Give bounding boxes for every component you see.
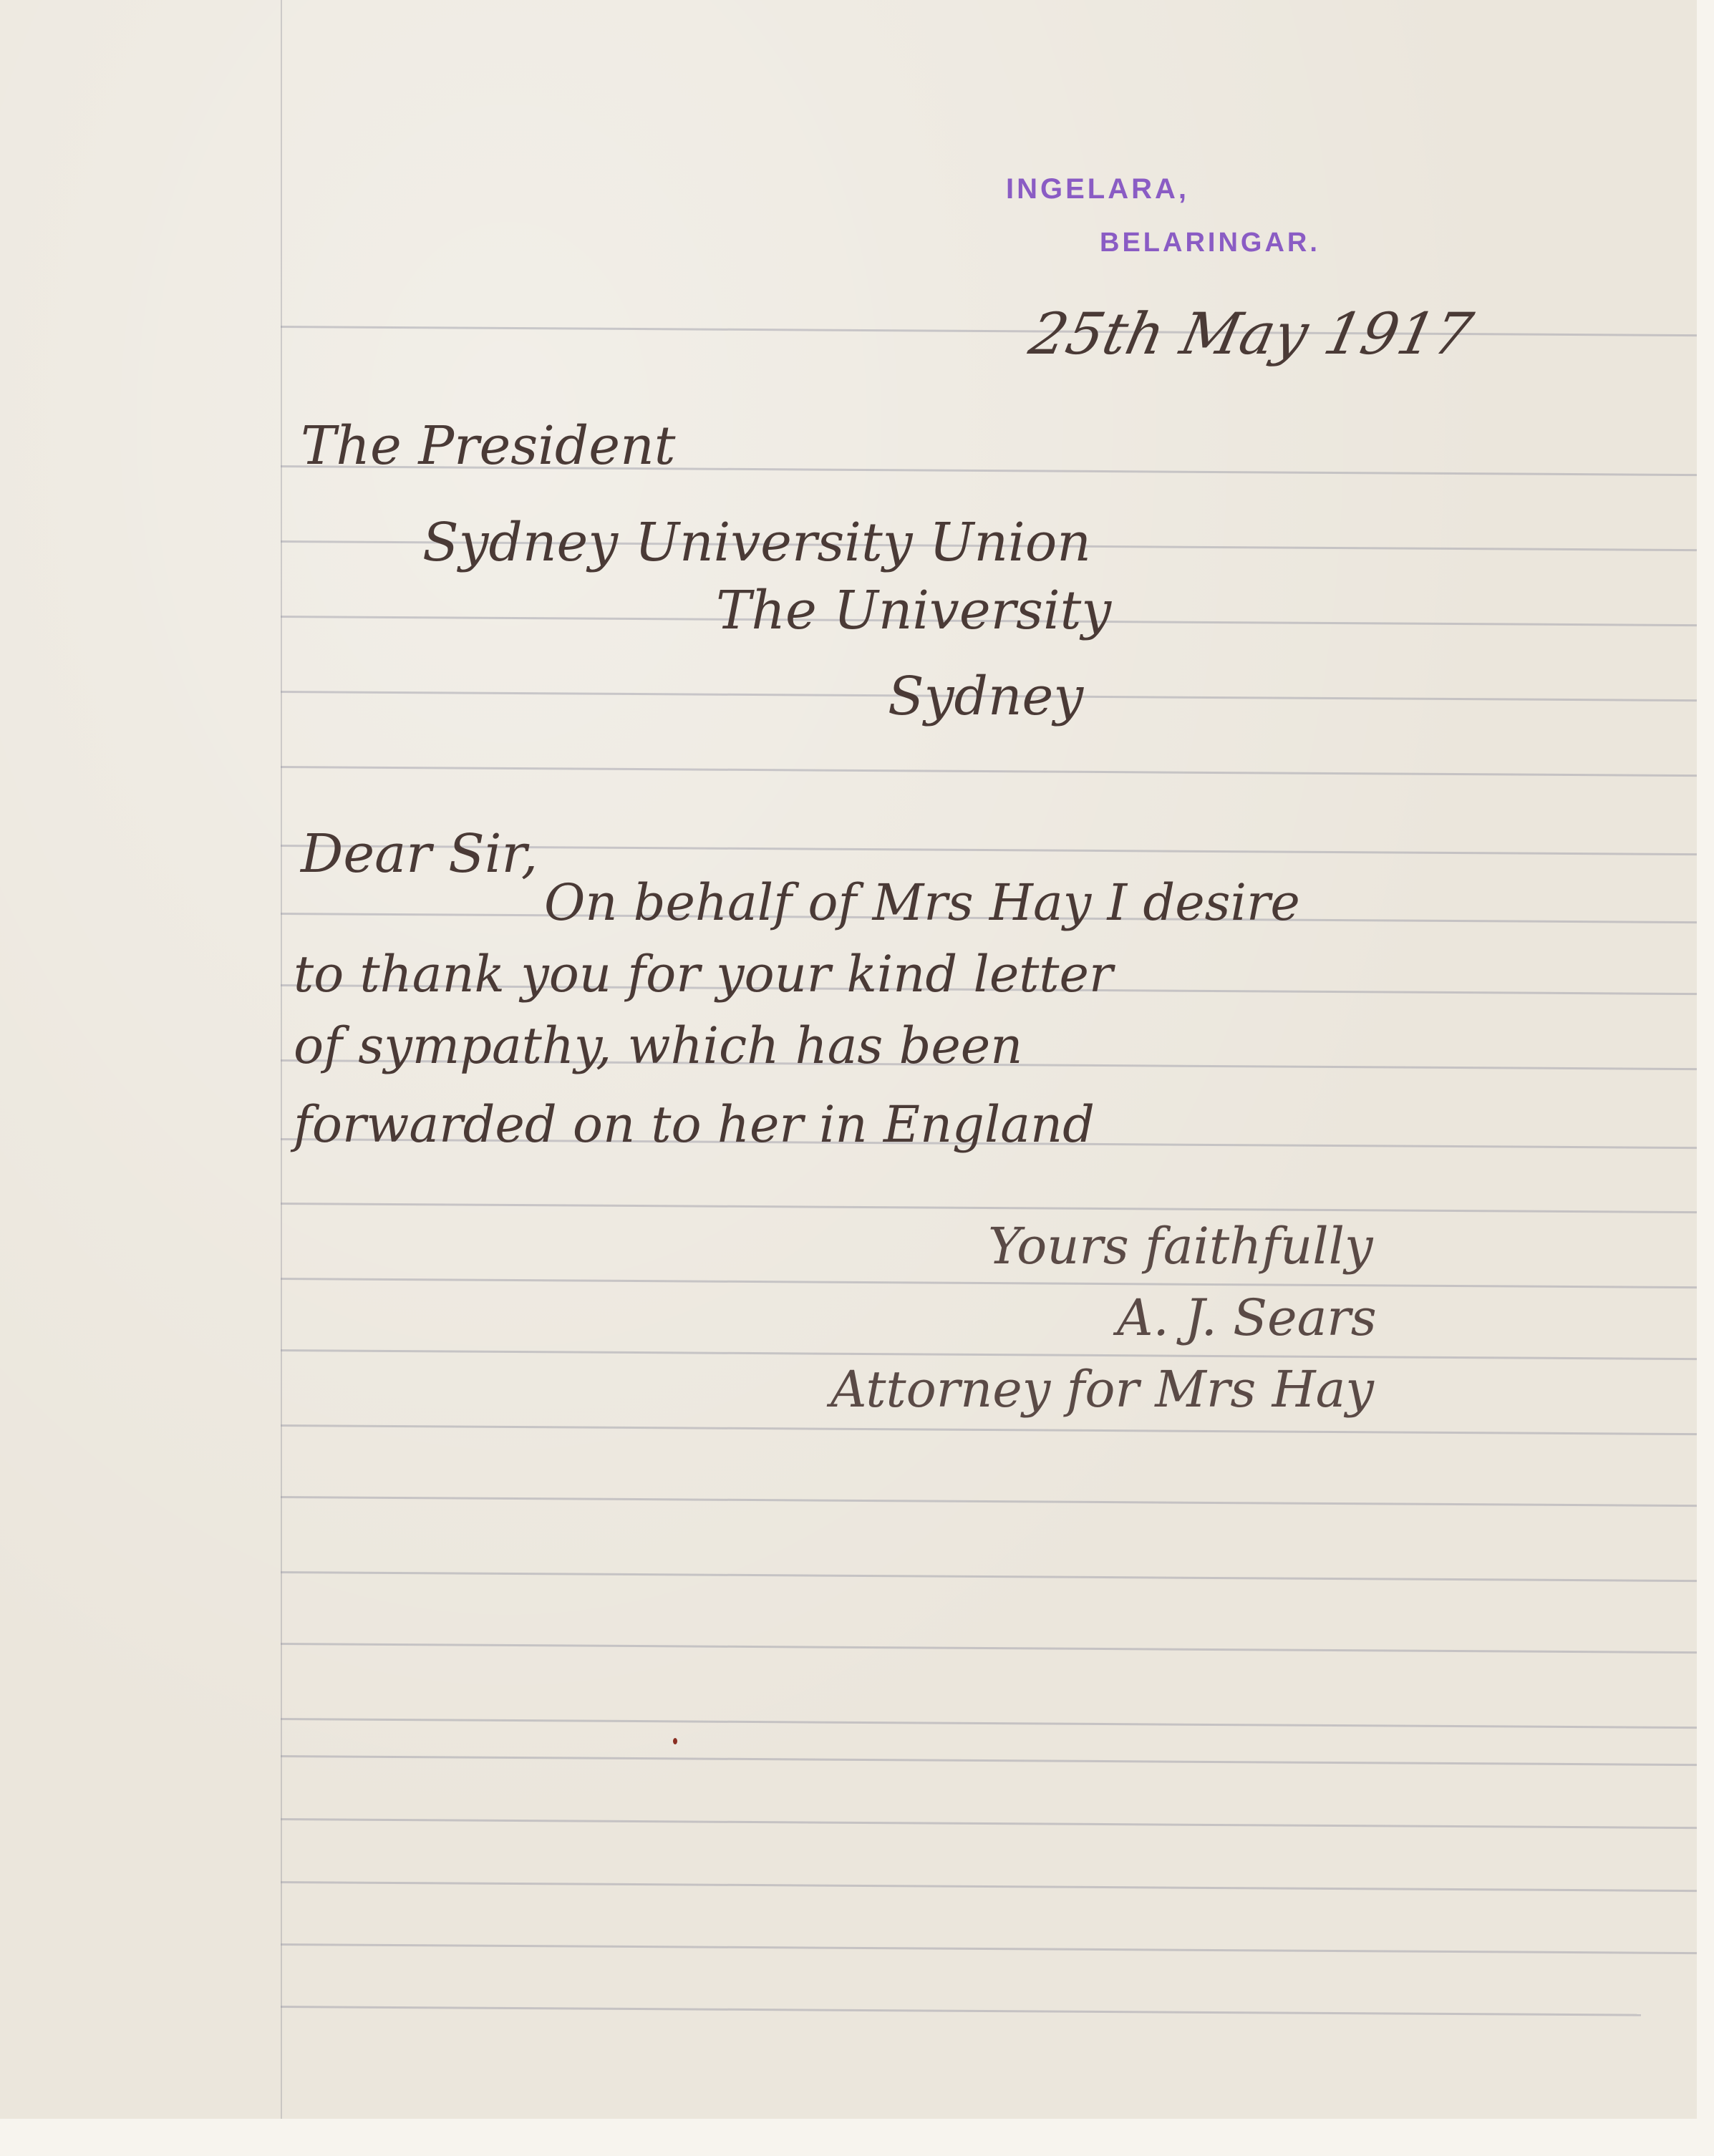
ruled-line: [281, 1424, 1697, 1435]
addressee-organization: Sydney University Union: [422, 512, 1091, 573]
body-line: of sympathy, which has been: [294, 1016, 1022, 1075]
signatory-title: Attorney for Mrs Hay: [831, 1360, 1374, 1419]
ruled-line: [281, 1881, 1697, 1892]
ink-spot: [673, 1738, 677, 1744]
paper-right-edge: [1697, 0, 1714, 2156]
salutation: Dear Sir,: [301, 823, 538, 885]
ruled-line: [281, 1349, 1697, 1360]
body-line: forwarded on to her in England: [294, 1095, 1095, 1154]
letter-date: 25th May 1917: [1024, 301, 1478, 367]
ruled-line: [281, 1203, 1697, 1213]
letterhead-stamp-line1: INGELARA,: [1006, 173, 1189, 205]
letter-sheet: INGELARA, BELARINGAR. 25th May 1917 The …: [0, 0, 1697, 2119]
body-line: to thank you for your kind letter: [294, 945, 1113, 1004]
ruled-line: [281, 1943, 1697, 1954]
ruled-line: [281, 1643, 1697, 1654]
ruled-line: [281, 1718, 1697, 1729]
signature: A. J. Sears: [1117, 1288, 1377, 1347]
addressee-institution: The University: [716, 580, 1111, 641]
addressee-city: Sydney: [888, 666, 1083, 727]
valediction: Yours faithfully: [988, 1217, 1373, 1276]
ruled-line: [281, 1818, 1697, 1829]
ruled-line: [281, 766, 1697, 777]
ruled-line: [281, 1278, 1697, 1288]
ruled-line: [281, 1571, 1697, 1582]
paper-bottom-edge: [0, 2119, 1714, 2156]
ruled-line: [281, 2006, 1641, 2016]
body-line: On behalf of Mrs Hay I desire: [544, 873, 1300, 932]
ruled-line: [281, 1496, 1697, 1507]
addressee-title: The President: [301, 415, 676, 477]
letterhead-stamp-line2: BELARINGAR.: [1100, 228, 1320, 258]
ruled-line: [281, 326, 1697, 336]
ruled-line: [281, 1755, 1697, 1766]
